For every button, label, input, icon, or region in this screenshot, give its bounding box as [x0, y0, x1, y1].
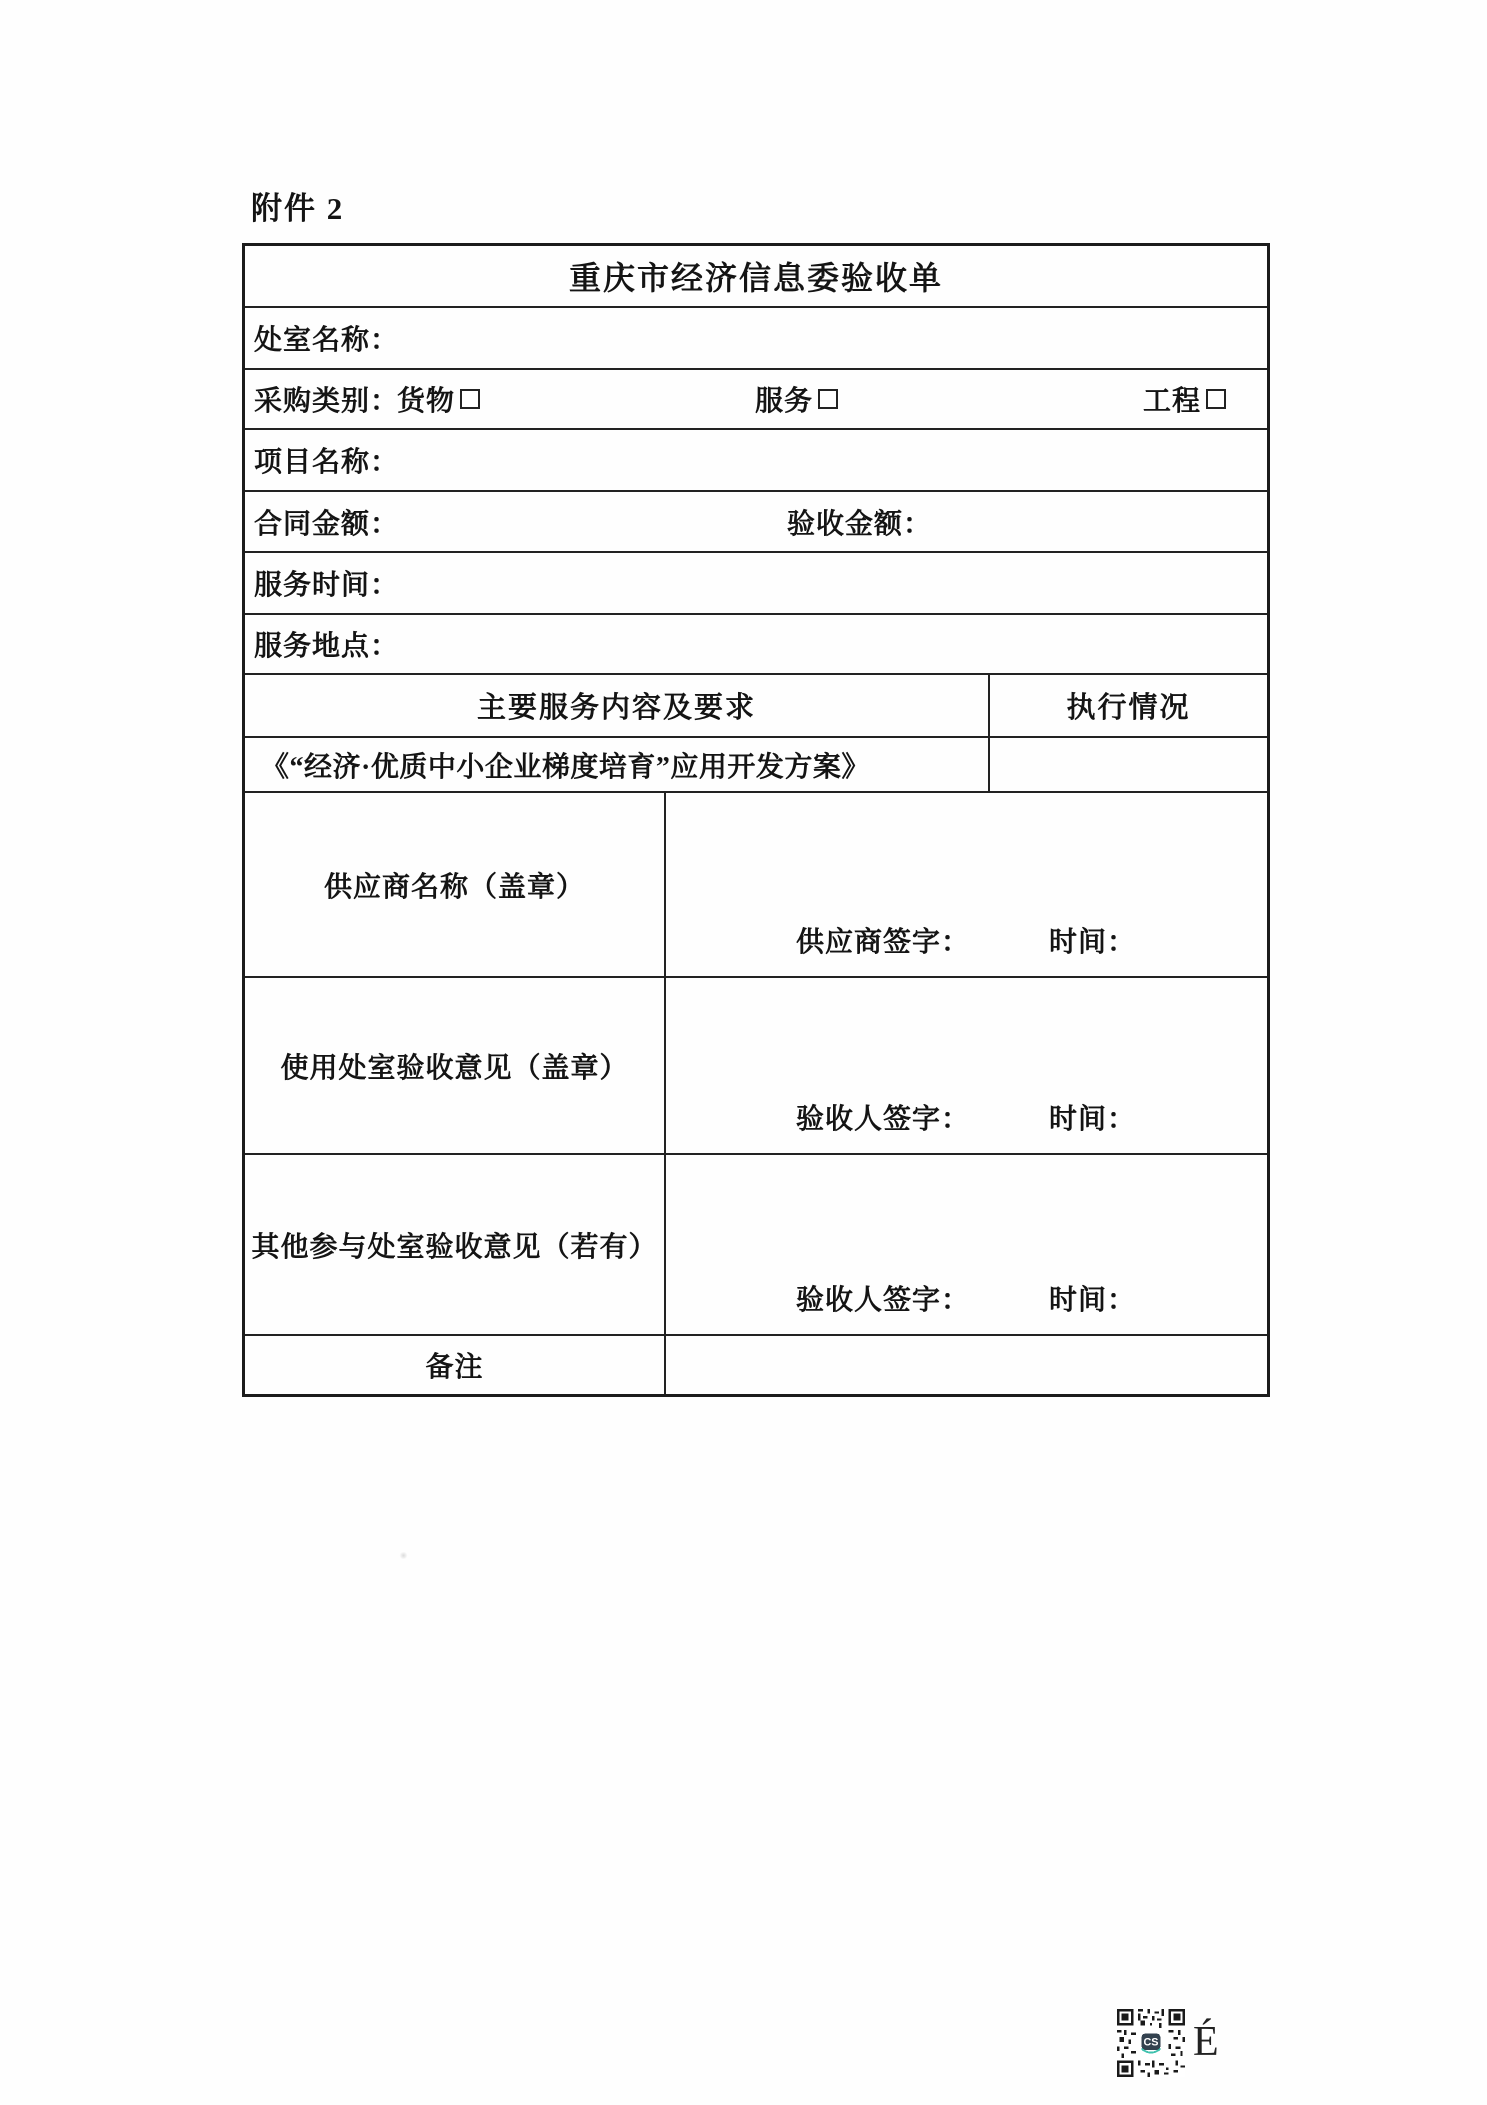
supplier-name-cell: 供应商名称（盖章） — [245, 793, 664, 976]
execution-header-cell: 执行情况 — [988, 675, 1267, 736]
user-dept-row: 使用处室验收意见（盖章） 验收人签字： 时间： — [245, 976, 1267, 1153]
supplier-sign-label: 供应商签字： — [796, 920, 970, 960]
category-row: 采购类别： 货物 服务 工程 — [245, 368, 1267, 428]
qr-code: CS — [1117, 2009, 1185, 2077]
contract-amount-label: 合同金额： — [254, 502, 399, 542]
engineering-checkbox — [1206, 389, 1226, 409]
other-acceptor-sign-label: 验收人签字： — [796, 1278, 970, 1318]
acceptance-amount-label: 验收金额： — [787, 502, 932, 542]
footer-mark: É — [1193, 2018, 1219, 2066]
remarks-empty-cell — [664, 1336, 1267, 1394]
acceptor-sign-label: 验收人签字： — [796, 1097, 970, 1137]
service-option: 服务 — [755, 379, 838, 419]
other-dept-row: 其他参与处室验收意见（若有） 验收人签字： 时间： — [245, 1153, 1267, 1334]
project-name-label: 项目名称： — [245, 440, 399, 480]
user-dept-cell: 使用处室验收意见（盖章） — [245, 978, 664, 1153]
service-time-row: 服务时间： — [245, 551, 1267, 613]
engineering-option-label: 工程 — [1143, 379, 1201, 419]
user-dept-sign-cell: 验收人签字： 时间： — [664, 978, 1267, 1153]
qr-badge-text: CS — [1144, 2037, 1159, 2049]
remarks-row: 备注 — [245, 1334, 1267, 1394]
attachment-label: 附件 2 — [251, 183, 344, 228]
department-row: 处室名称： — [245, 306, 1267, 368]
service-time-label: 服务时间： — [245, 563, 399, 603]
goods-checkbox — [460, 389, 480, 409]
service-location-label: 服务地点： — [245, 624, 399, 664]
content-header-row: 主要服务内容及要求 执行情况 — [245, 673, 1267, 736]
content-header-cell: 主要服务内容及要求 — [245, 675, 988, 736]
content-item-row: 《“经济·优质中小企业梯度培育”应用开发方案》 — [245, 736, 1267, 791]
goods-option: 货物 — [397, 379, 480, 419]
supplier-time-label: 时间： — [1049, 920, 1136, 960]
acceptor-time-label: 时间： — [1049, 1097, 1136, 1137]
goods-option-label: 货物 — [397, 379, 455, 419]
form-title-row: 重庆市经济信息委验收单 — [245, 246, 1267, 306]
remarks-label-cell: 备注 — [245, 1336, 664, 1394]
amount-row: 合同金额： 验收金额： — [245, 490, 1267, 551]
service-checkbox — [818, 389, 838, 409]
department-label: 处室名称： — [245, 318, 399, 358]
other-dept-cell: 其他参与处室验收意见（若有） — [245, 1155, 664, 1334]
service-location-row: 服务地点： — [245, 613, 1267, 673]
supplier-sign-cell: 供应商签字： 时间： — [664, 793, 1267, 976]
content-item-text: 《“经济·优质中小企业梯度培育”应用开发方案》 — [245, 745, 870, 785]
other-acceptor-time-label: 时间： — [1049, 1278, 1136, 1318]
execution-empty-cell — [988, 738, 1267, 791]
qr-code-graphic: CS — [1117, 2009, 1185, 2077]
scanned-document-page: 附件 2 重庆市经济信息委验收单 处室名称： 采购类别： 货物 服务 工程 — [0, 0, 1487, 2105]
remarks-label: 备注 — [425, 1345, 483, 1385]
supplier-name-label: 供应商名称（盖章） — [324, 865, 585, 905]
execution-header-label: 执行情况 — [1066, 685, 1190, 726]
content-header-label: 主要服务内容及要求 — [477, 685, 756, 726]
other-dept-label: 其他参与处室验收意见（若有） — [251, 1225, 657, 1265]
scan-artifact-speck — [399, 1552, 408, 1559]
other-dept-sign-cell: 验收人签字： 时间： — [664, 1155, 1267, 1334]
user-dept-label: 使用处室验收意见（盖章） — [280, 1046, 628, 1086]
form-title: 重庆市经济信息委验收单 — [569, 253, 943, 299]
acceptance-form-table: 重庆市经济信息委验收单 处室名称： 采购类别： 货物 服务 工程 项目名称： — [242, 243, 1270, 1397]
project-name-row: 项目名称： — [245, 428, 1267, 490]
qr-center-badge: CS — [1139, 2031, 1162, 2054]
engineering-option: 工程 — [1143, 379, 1226, 419]
content-item-cell: 《“经济·优质中小企业梯度培育”应用开发方案》 — [245, 738, 988, 791]
supplier-row: 供应商名称（盖章） 供应商签字： 时间： — [245, 791, 1267, 976]
category-label: 采购类别： — [254, 379, 399, 419]
service-option-label: 服务 — [755, 379, 813, 419]
